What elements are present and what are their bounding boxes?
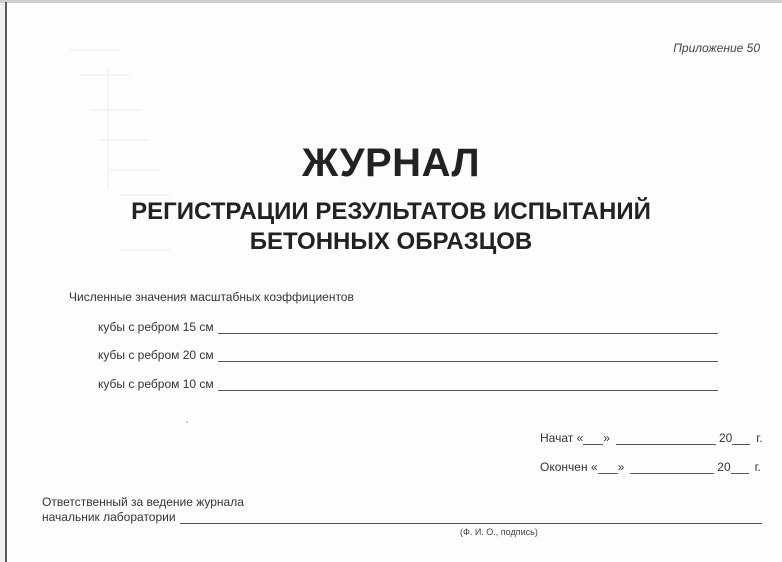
- finish-day-close: »: [618, 460, 625, 474]
- finish-year-suffix: г.: [755, 460, 761, 474]
- responsible-label-line1: Ответственный за ведение журнала: [42, 495, 244, 509]
- finish-year-field[interactable]: [731, 461, 749, 474]
- start-year-prefix: 20: [719, 431, 732, 445]
- coefficient-10cm-field[interactable]: [218, 378, 718, 391]
- start-year-field[interactable]: [732, 432, 750, 445]
- start-day-field[interactable]: [583, 432, 603, 445]
- coefficient-label: кубы с ребром 15 см: [98, 320, 214, 334]
- coefficient-15cm-field[interactable]: [218, 321, 718, 334]
- start-year-suffix: г.: [756, 431, 762, 445]
- coefficient-label: кубы с ребром 10 см: [98, 377, 214, 391]
- coefficient-row-15cm: кубы с ребром 15 см: [98, 320, 718, 334]
- page-top-edge: [0, 0, 782, 3]
- finish-date-row: Окончен « » 20 г.: [540, 460, 761, 474]
- coefficient-row-20cm: кубы с ребром 20 см: [98, 348, 718, 362]
- coefficient-20cm-field[interactable]: [218, 349, 718, 362]
- journal-subtitle-line2: БЕТОННЫХ ОБРАЗЦОВ: [0, 228, 782, 256]
- finish-year-prefix: 20: [717, 460, 730, 474]
- coefficients-heading: Численные значения масштабных коэффициен…: [69, 290, 354, 304]
- finish-day-field[interactable]: [598, 461, 618, 474]
- finish-month-field[interactable]: [630, 461, 714, 474]
- appendix-label: Приложение 50: [673, 41, 760, 55]
- finish-date-label: Окончен «: [540, 460, 598, 474]
- coefficient-row-10cm: кубы с ребром 10 см: [98, 377, 718, 391]
- start-day-close: »: [603, 431, 610, 445]
- start-month-field[interactable]: [616, 432, 716, 445]
- coefficient-label: кубы с ребром 20 см: [98, 348, 214, 362]
- page-binding-edge: [5, 2, 7, 562]
- start-date-row: Начат « » 20 г.: [540, 431, 763, 445]
- responsible-signature-field[interactable]: [180, 511, 762, 524]
- responsible-row: начальник лаборатории: [42, 510, 762, 524]
- journal-subtitle-line1: РЕГИСТРАЦИИ РЕЗУЛЬТАТОВ ИСПЫТАНИЙ: [0, 198, 782, 226]
- scan-speck: [186, 421, 188, 423]
- journal-title: ЖУРНАЛ: [0, 141, 782, 186]
- responsible-label-line2: начальник лаборатории: [42, 510, 176, 524]
- signature-caption: (Ф. И. О., подпись): [460, 527, 538, 537]
- start-date-label: Начат «: [540, 431, 583, 445]
